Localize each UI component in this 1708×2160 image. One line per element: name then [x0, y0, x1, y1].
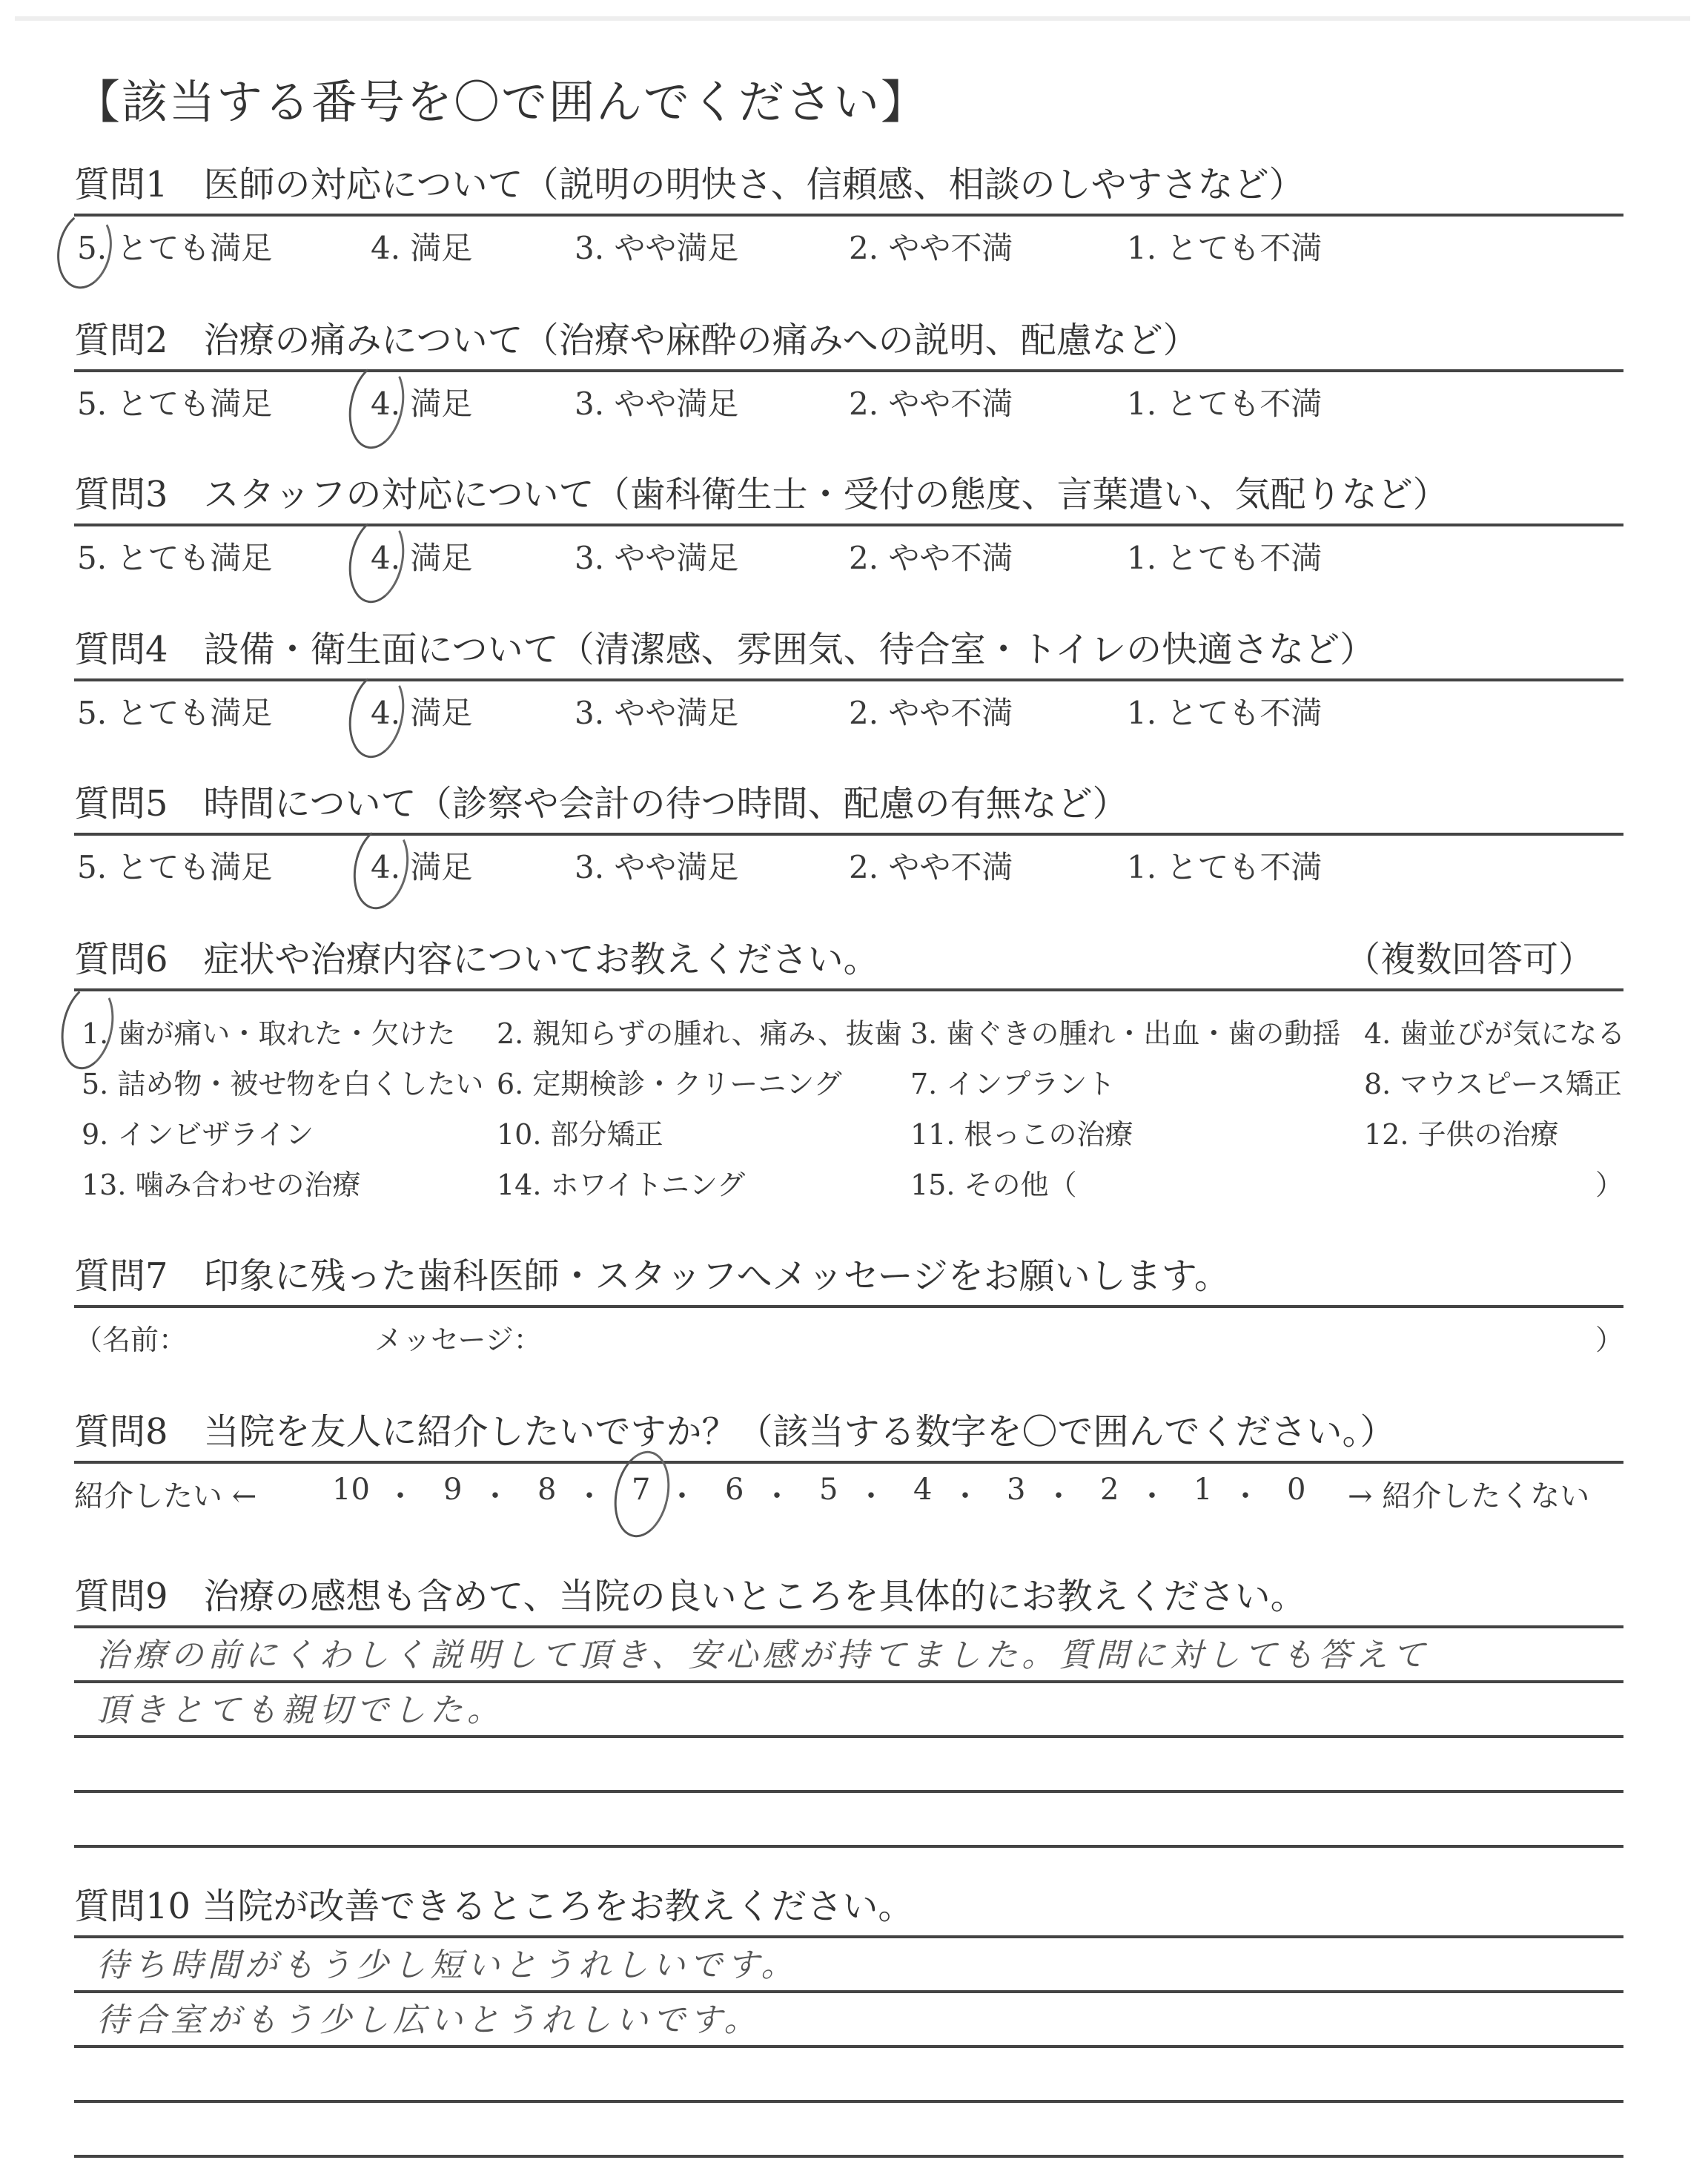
- option-1[interactable]: 1. とても不満: [1127, 224, 1322, 268]
- scale-separator: ・: [950, 1473, 980, 1515]
- handwritten-answer: 待ち時間がもう少し短いとうれしいです。: [96, 1938, 798, 1986]
- treatment-option-8[interactable]: 8. マウスピース矯正: [1364, 1061, 1622, 1102]
- question-heading: 質問3 スタッフの対応について（歯科衛生士・受付の態度、言葉遣い、気配りなど）: [74, 472, 1623, 518]
- treatment-option-5[interactable]: 5. 詰め物・被せ物を白くしたい: [82, 1061, 483, 1102]
- rating-options: 5. とても満足 4. 満足 3. やや満足 2. やや不満 1. とても不満: [74, 372, 1623, 424]
- answer-line[interactable]: 治療の前にくわしく説明して頂き、安心感が持てました。質問に対しても答えて: [74, 1628, 1623, 1683]
- option-5[interactable]: 5. とても満足: [77, 689, 272, 733]
- scale-5[interactable]: 5: [819, 1473, 838, 1507]
- scale-3[interactable]: 3: [1007, 1473, 1025, 1507]
- scale-separator: ・: [856, 1473, 886, 1515]
- question-heading: 質問6 症状や治療内容についてお教えください。 （複数回答可）: [74, 937, 1623, 982]
- message-field[interactable]: [549, 1317, 1586, 1351]
- option-5[interactable]: 5. とても満足: [77, 534, 272, 578]
- rating-options: 5. とても満足 4. 満足 3. やや満足 2. やや不満 1. とても不満: [74, 526, 1623, 578]
- message-label: メッセージ：: [374, 1317, 542, 1358]
- question-10: 質問10 当院が改善できるところをお教えください。 待ち時間がもう少し短いとうれ…: [74, 1883, 1623, 2158]
- scale-separator: ・: [762, 1473, 792, 1515]
- question-5: 質問5 時間について（診察や会計の待つ時間、配慮の有無など） 5. とても満足 …: [74, 781, 1623, 888]
- treatment-option-13[interactable]: 13. 噛み合わせの治療: [82, 1162, 361, 1203]
- option-3[interactable]: 3. やや満足: [575, 380, 738, 424]
- option-4[interactable]: 4. 満足: [371, 380, 472, 424]
- question-6: 質問6 症状や治療内容についてお教えください。 （複数回答可） 1. 歯が痛い・…: [74, 937, 1623, 1199]
- scale-separator: ・: [575, 1473, 604, 1515]
- option-2[interactable]: 2. やや不満: [849, 224, 1013, 268]
- treatment-option-9[interactable]: 9. インビザライン: [82, 1112, 314, 1152]
- question-7: 質問7 印象に残った歯科医師・スタッフへメッセージをお願いします。 （名前： メ…: [74, 1253, 1623, 1360]
- treatment-options-grid: 1. 歯が痛い・取れた・欠けた 2. 親知らずの腫れ、痛み、抜歯 3. 歯ぐきの…: [74, 991, 1623, 1199]
- form-instruction-title: 【該当する番号を〇で囲んでください】: [74, 65, 928, 131]
- treatment-option-14[interactable]: 14. ホワイトニング: [497, 1162, 745, 1203]
- question-heading: 質問7 印象に残った歯科医師・スタッフへメッセージをお願いします。: [74, 1253, 1623, 1299]
- scale-9[interactable]: 9: [443, 1473, 462, 1507]
- scale-separator: ・: [385, 1473, 415, 1515]
- option-3[interactable]: 3. やや満足: [575, 534, 738, 578]
- close-paren: ）: [1595, 1317, 1623, 1358]
- question-1: 質問1 医師の対応について（説明の明快さ、信頼感、相談のしやすさなど） 5. と…: [74, 162, 1623, 268]
- message-row: （名前： メッセージ： ）: [74, 1308, 1623, 1360]
- option-2[interactable]: 2. やや不満: [849, 534, 1013, 578]
- treatment-option-12[interactable]: 12. 子供の治療: [1364, 1112, 1559, 1152]
- option-4[interactable]: 4. 満足: [371, 843, 472, 888]
- scale-0[interactable]: 0: [1287, 1473, 1305, 1507]
- scale-separator: ・: [1137, 1473, 1167, 1515]
- rating-options: 5. とても満足 4. 満足 3. やや満足 2. やや不満 1. とても不満: [74, 681, 1623, 733]
- scale-separator: ・: [1044, 1473, 1073, 1515]
- answer-line[interactable]: [74, 1738, 1623, 1793]
- scale-7[interactable]: 7: [632, 1473, 650, 1507]
- question-heading: 質問5 時間について（診察や会計の待つ時間、配慮の有無など）: [74, 781, 1623, 827]
- name-field[interactable]: [156, 1317, 341, 1351]
- question-heading: 質問1 医師の対応について（説明の明快さ、信頼感、相談のしやすさなど）: [74, 162, 1623, 208]
- option-1[interactable]: 1. とても不満: [1127, 689, 1322, 733]
- option-1[interactable]: 1. とても不満: [1127, 380, 1322, 424]
- option-4[interactable]: 4. 満足: [371, 689, 472, 733]
- option-2[interactable]: 2. やや不満: [849, 843, 1013, 888]
- option-2[interactable]: 2. やや不満: [849, 689, 1013, 733]
- option-5[interactable]: 5. とても満足: [77, 843, 272, 888]
- question-8: 質問8 当院を友人に紹介したいですか？（該当する数字を〇で囲んでください。） 紹…: [74, 1409, 1623, 1516]
- recommend-left-label: 紹介したい ←: [74, 1473, 256, 1515]
- answer-line[interactable]: [74, 2103, 1623, 2158]
- treatment-option-10[interactable]: 10. 部分矯正: [497, 1112, 663, 1152]
- question-heading: 質問9 治療の感想も含めて、当院の良いところを具体的にお教えください。: [74, 1573, 1623, 1619]
- question-heading: 質問10 当院が改善できるところをお教えください。: [74, 1883, 1623, 1929]
- answer-line[interactable]: 待合室がもう少し広いとうれしいです。: [74, 1993, 1623, 2048]
- question-3: 質問3 スタッフの対応について（歯科衛生士・受付の態度、言葉遣い、気配りなど） …: [74, 472, 1623, 578]
- question-heading: 質問2 治療の痛みについて（治療や麻酔の痛みへの説明、配慮など）: [74, 317, 1623, 363]
- option-5[interactable]: 5. とても満足: [77, 224, 272, 268]
- scale-separator: ・: [480, 1473, 510, 1515]
- scale-separator: ・: [667, 1473, 697, 1515]
- scale-1[interactable]: 1: [1194, 1473, 1212, 1507]
- treatment-option-15-other[interactable]: 15. その他（: [910, 1162, 1077, 1203]
- handwritten-answer: 治療の前にくわしく説明して頂き、安心感が持てました。質問に対しても答えて: [96, 1628, 1429, 1676]
- option-2[interactable]: 2. やや不満: [849, 380, 1013, 424]
- scan-top-edge: [15, 16, 1690, 21]
- scale-separator: ・: [1231, 1473, 1260, 1515]
- question-heading-text: 質問6 症状や治療内容についてお教えください。: [74, 939, 879, 980]
- treatment-option-11[interactable]: 11. 根っこの治療: [910, 1112, 1133, 1152]
- question-heading: 質問8 当院を友人に紹介したいですか？（該当する数字を〇で囲んでください。）: [74, 1409, 1623, 1455]
- other-close-paren: ）: [1595, 1162, 1623, 1203]
- scale-2[interactable]: 2: [1100, 1473, 1119, 1507]
- option-3[interactable]: 3. やや満足: [575, 843, 738, 888]
- scale-8[interactable]: 8: [537, 1473, 556, 1507]
- treatment-option-1[interactable]: 1. 歯が痛い・取れた・欠けた: [82, 1011, 455, 1051]
- recommend-scale: 紹介したい ← 10 ・ 9 ・ 8 ・ 7 ・ 6 ・ 5 ・ 4 ・ 3 ・…: [74, 1464, 1623, 1516]
- question-heading: 質問4 設備・衛生面について（清潔感、雰囲気、待合室・トイレの快適さなど）: [74, 627, 1623, 673]
- treatment-option-4[interactable]: 4. 歯並びが気になる: [1364, 1011, 1625, 1051]
- option-4[interactable]: 4. 満足: [371, 534, 472, 578]
- option-3[interactable]: 3. やや満足: [575, 689, 738, 733]
- handwritten-answer: 頂きとても親切でした。: [96, 1683, 504, 1731]
- option-1[interactable]: 1. とても不満: [1127, 534, 1322, 578]
- treatment-option-6[interactable]: 6. 定期検診・クリーニング: [497, 1061, 842, 1102]
- option-1[interactable]: 1. とても不満: [1127, 843, 1322, 888]
- answer-line[interactable]: [74, 1793, 1623, 1848]
- answer-line[interactable]: [74, 2048, 1623, 2103]
- treatment-option-2[interactable]: 2. 親知らずの腫れ、痛み、抜歯: [497, 1011, 902, 1051]
- scale-4[interactable]: 4: [913, 1473, 932, 1507]
- question-9: 質問9 治療の感想も含めて、当院の良いところを具体的にお教えください。 治療の前…: [74, 1573, 1623, 1848]
- option-3[interactable]: 3. やや満足: [575, 224, 738, 268]
- recommend-right-label: → 紹介したくない: [1348, 1473, 1589, 1515]
- option-4[interactable]: 4. 満足: [371, 224, 472, 268]
- treatment-option-3[interactable]: 3. 歯ぐきの腫れ・出血・歯の動揺: [910, 1011, 1340, 1051]
- rating-options: 5. とても満足 4. 満足 3. やや満足 2. やや不満 1. とても不満: [74, 836, 1623, 888]
- option-5[interactable]: 5. とても満足: [77, 380, 272, 424]
- scale-6[interactable]: 6: [725, 1473, 744, 1507]
- answer-line[interactable]: 待ち時間がもう少し短いとうれしいです。: [74, 1938, 1623, 1993]
- question-4: 質問4 設備・衛生面について（清潔感、雰囲気、待合室・トイレの快適さなど） 5.…: [74, 627, 1623, 733]
- answer-line[interactable]: 頂きとても親切でした。: [74, 1683, 1623, 1738]
- handwritten-answer: 待合室がもう少し広いとうれしいです。: [96, 1993, 761, 2041]
- treatment-option-7[interactable]: 7. インプラント: [910, 1061, 1115, 1102]
- multiple-answer-note: （複数回答可）: [1345, 937, 1594, 982]
- scale-10[interactable]: 10: [332, 1473, 370, 1507]
- question-2: 質問2 治療の痛みについて（治療や麻酔の痛みへの説明、配慮など） 5. とても満…: [74, 317, 1623, 424]
- rating-options: 5. とても満足 4. 満足 3. やや満足 2. やや不満 1. とても不満: [74, 217, 1623, 268]
